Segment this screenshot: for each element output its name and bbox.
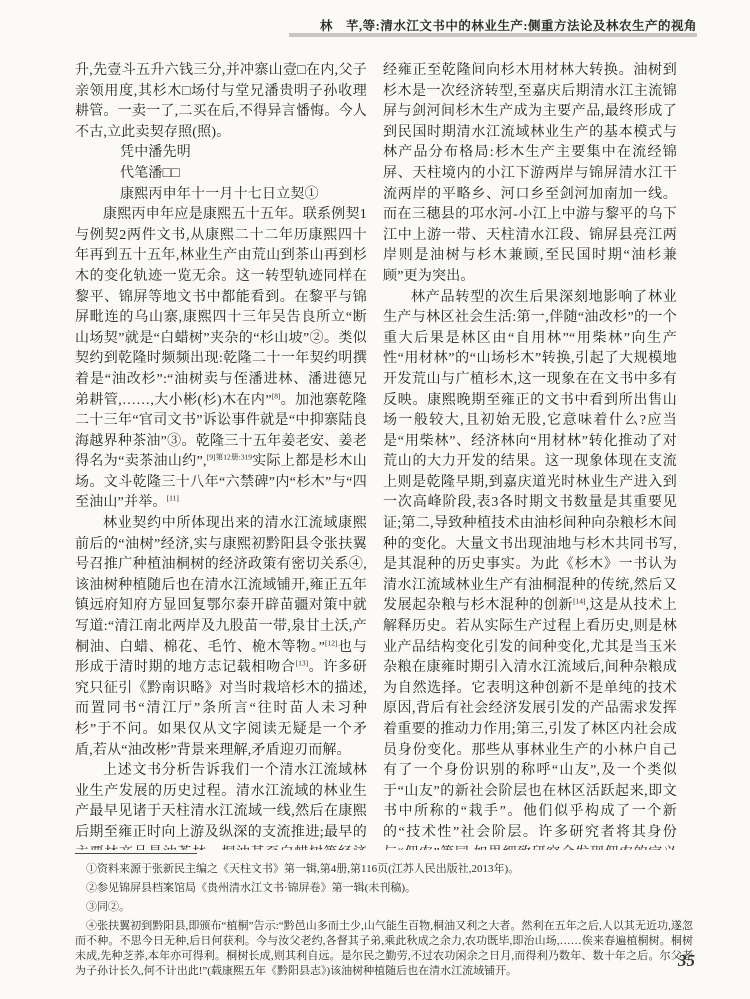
body-paragraph: 经雍正至乾隆间向杉木用材林大转换。油树到杉木是一次经济转型,至嘉庆后期清水江主流… (383, 61, 677, 288)
footnote: ③同②。 (75, 900, 693, 915)
footnote: ②参见锦屏县档案馆局《贵州清水江文书·锦屏卷》第一辑(未刊稿)。 (75, 881, 693, 896)
running-title: 林 芊,等:清水江文书中的林业生产:侧重方法论及林农生产的视角 (200, 16, 697, 34)
page-number: 35 (678, 951, 695, 971)
body-paragraph: 林业契约中所体现出来的清水江流域康熙前后的“油树”经济,实与康熙初黔阳县令张扶翼… (75, 514, 367, 761)
footnote-divider (75, 853, 197, 854)
left-column: 升,先壹斗五升六钱三分,并冲寨山壹□在内,父子亲领用度,其杉木□场付与堂兄潘贵明… (75, 61, 367, 850)
footnotes-block: ①资料来源于张新民主编之《天柱文书》第一辑,第4册,第116页(江苏人民出版社,… (75, 862, 693, 983)
signature-line-witness: 凭中潘先明 (75, 143, 367, 164)
right-column: 经雍正至乾隆间向杉木用材林大转换。油树到杉木是一次经济转型,至嘉庆后期清水江主流… (383, 61, 677, 850)
footnote: ④张扶翼初到黔阳县,即颁布“植桐”告示:“黔邑山多而土少,山气能生百物,桐油又利… (75, 919, 693, 979)
footnote: ①资料来源于张新民主编之《天柱文书》第一辑,第4册,第116页(江苏人民出版社,… (75, 862, 693, 877)
header-rule (289, 33, 697, 37)
paper-page: 林 芊,等:清水江文书中的林业生产:侧重方法论及林农生产的视角 升,先壹斗五升六… (0, 0, 750, 999)
body-paragraph: 康熙丙申年应是康熙五十五年。联系例契1与例契2两件文书,从康熙二十二年历康熙四十… (75, 205, 367, 514)
body-paragraph: 上述文书分析告诉我们一个清水江流域林业生产发展的历史过程。清水江流域的林业生产最… (75, 761, 367, 850)
body-paragraph: 林产品转型的次生后果深刻地影响了林业生产与林区社会生活:第一,伴随“油改杉”的一… (383, 288, 677, 850)
signature-line-date: 康熙丙申年十一月十七日立契① (75, 185, 367, 206)
quote-continuation-paragraph: 升,先壹斗五升六钱三分,并冲寨山壹□在内,父子亲领用度,其杉木□场付与堂兄潘贵明… (75, 61, 367, 143)
signature-line-scribe: 代笔潘□□ (75, 164, 367, 185)
